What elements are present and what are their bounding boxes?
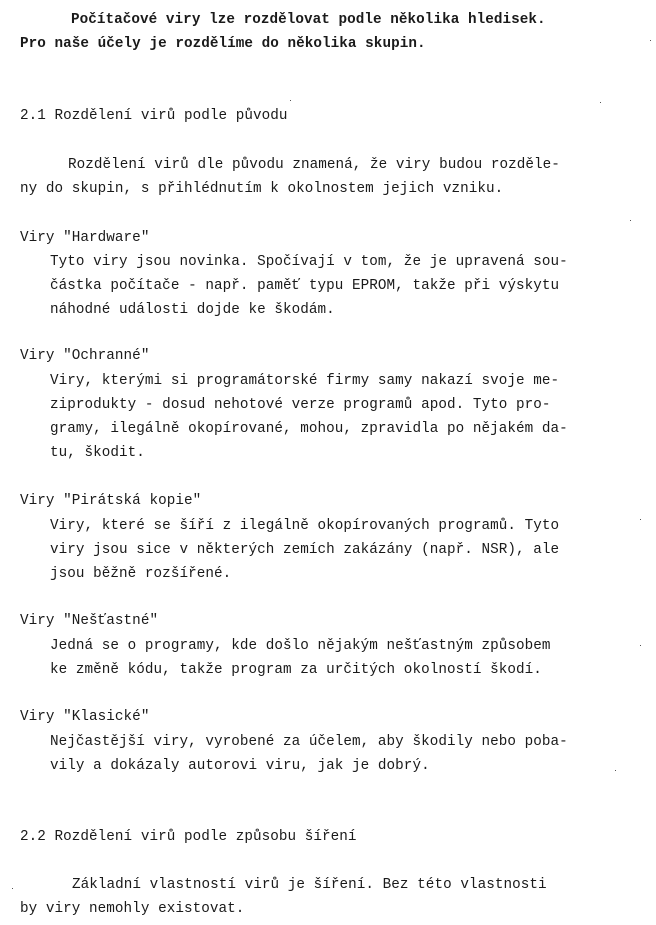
intro-line: Pro naše účely je rozdělíme do několika …	[20, 36, 426, 52]
category-line: ke změně kódu, takže program za určitých…	[50, 662, 542, 678]
scan-speck	[640, 645, 641, 646]
category-title: Viry "Ochranné"	[20, 348, 149, 364]
category-title: Viry "Pirátská kopie"	[20, 493, 201, 509]
category-line: tu, škodit.	[50, 445, 145, 461]
paragraph-line: ny do skupin, s přihlédnutím k okolnoste…	[20, 181, 503, 197]
category-line: viry jsou sice v některých zemích zakázá…	[50, 542, 559, 558]
category-line: vily a dokázaly autorovi viru, jak je do…	[50, 758, 430, 774]
category-line: částka počítače - např. paměť typu EPROM…	[50, 278, 559, 294]
category-line: Viry, které se šíří z ilegálně okopírova…	[50, 518, 559, 534]
category-line: Nejčastější viry, vyrobené za účelem, ab…	[50, 734, 568, 750]
section-heading: 2.2 Rozdělení virů podle způsobu šíření	[20, 829, 357, 845]
category-title: Viry "Klasické"	[20, 709, 149, 725]
category-title: Viry "Hardware"	[20, 230, 149, 246]
paragraph-line: by viry nemohly existovat.	[20, 901, 244, 917]
category-line: Viry, kterými si programátorské firmy sa…	[50, 373, 559, 389]
category-line: Jedná se o programy, kde došlo nějakým n…	[50, 638, 551, 654]
scan-speck	[650, 40, 651, 41]
category-line: Tyto viry jsou novinka. Spočívají v tom,…	[50, 254, 568, 270]
paragraph-line: Rozdělení virů dle původu znamená, že vi…	[68, 157, 560, 173]
scan-speck	[12, 888, 13, 889]
category-line: gramy, ilegálně okopírované, mohou, zpra…	[50, 421, 568, 437]
category-line: náhodné události dojde ke škodám.	[50, 302, 335, 318]
paragraph-line: Základní vlastností virů je šíření. Bez …	[72, 877, 547, 893]
scan-speck	[630, 220, 631, 221]
scan-speck	[615, 770, 616, 771]
scan-speck	[290, 100, 291, 101]
scan-speck	[640, 519, 641, 520]
intro-line: Počítačové viry lze rozdělovat podle něk…	[71, 12, 546, 28]
scan-speck	[600, 102, 601, 103]
category-title: Viry "Nešťastné"	[20, 613, 158, 629]
section-heading: 2.1 Rozdělení virů podle původu	[20, 108, 288, 124]
category-line: jsou běžně rozšířené.	[50, 566, 231, 582]
category-line: ziprodukty - dosud nehotové verze progra…	[50, 397, 551, 413]
